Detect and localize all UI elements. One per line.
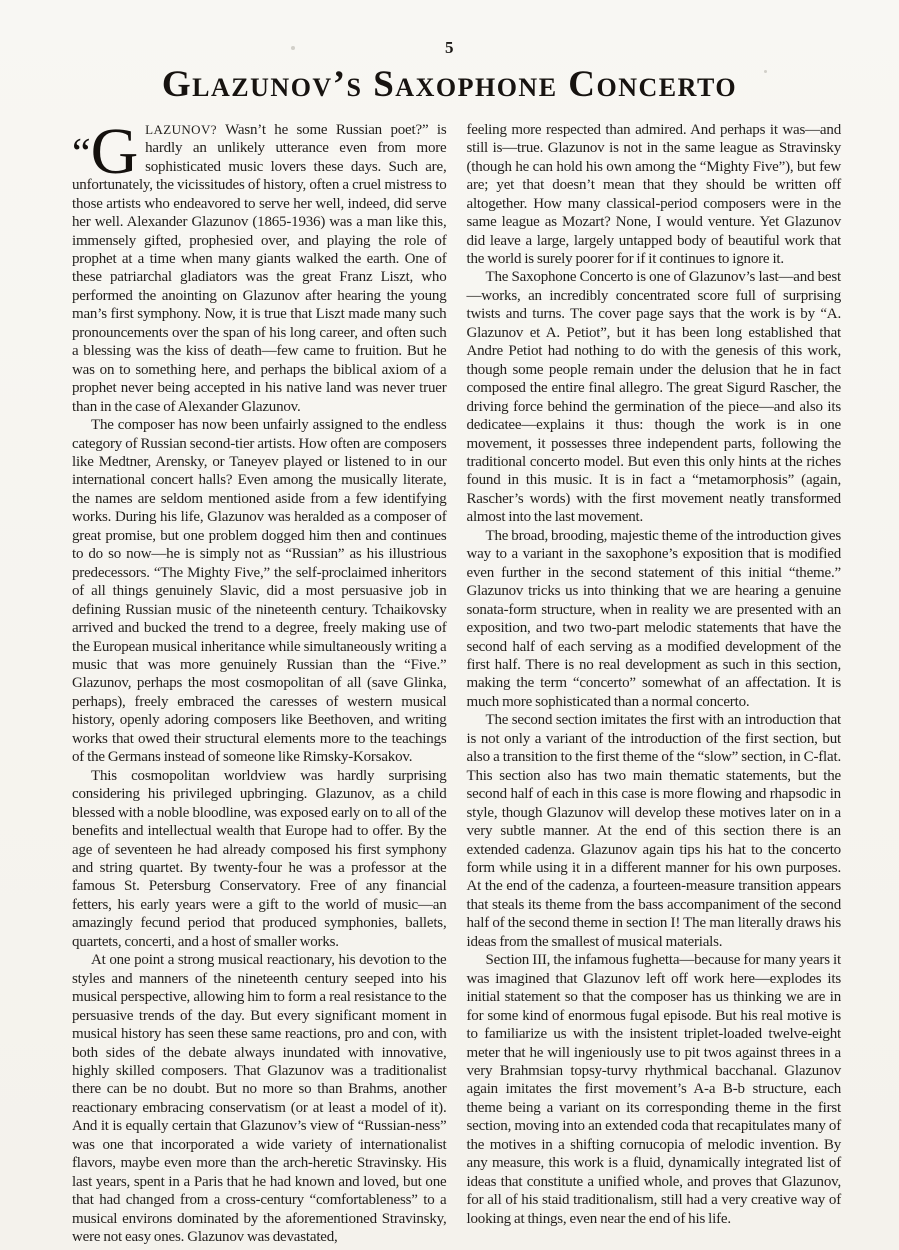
opening-quote-mark: “ — [72, 131, 89, 177]
paragraph: The composer has now been unfairly assig… — [72, 416, 447, 767]
paragraph: Section III, the infamous fughetta—becau… — [467, 951, 842, 1228]
paragraph: This cosmopolitan worldview was hardly s… — [72, 767, 447, 952]
scanned-book-page: 5 Glazunov’s Saxophone Concerto “GLAZUNO… — [0, 0, 899, 1250]
scan-speck — [764, 70, 767, 73]
scan-speck — [291, 46, 295, 50]
dropcap-group: “G — [72, 123, 138, 175]
lede-paragraph: “GLAZUNOV? Wasn’t he some Russian poet?”… — [72, 121, 447, 416]
right-column: feeling more respected than admired. And… — [467, 121, 842, 1247]
paragraph: The broad, brooding, majestic theme of t… — [467, 527, 842, 712]
smallcaps-word: LAZUNOV? — [145, 122, 217, 137]
page-number: 5 — [0, 0, 899, 58]
dropcap-letter: G — [91, 115, 138, 188]
two-column-text: “GLAZUNOV? Wasn’t he some Russian poet?”… — [0, 105, 899, 1247]
paragraph: At one point a strong musical reactionar… — [72, 951, 447, 1246]
left-column: “GLAZUNOV? Wasn’t he some Russian poet?”… — [72, 121, 447, 1247]
paragraph-continuation: feeling more respected than admired. And… — [467, 121, 842, 269]
paragraph: The Saxophone Concerto is one of Glazuno… — [467, 268, 842, 526]
paragraph: The second section imitates the first wi… — [467, 711, 842, 951]
